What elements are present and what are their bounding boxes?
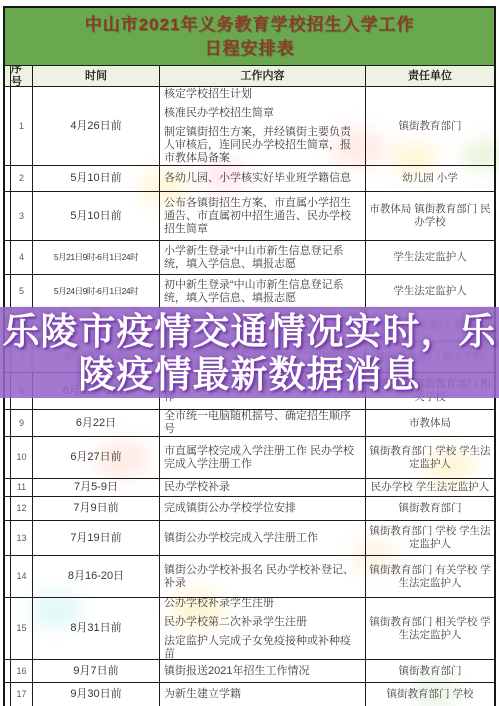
table-row: 96月22日全市统一电脑随机摇号、确定招生顺序号市教体局: [5, 409, 494, 436]
time-cell: 5月10日前: [32, 166, 159, 191]
row-number: 4: [10, 241, 32, 274]
unit-cell: 镇街教育部门 学校 学生法定监护人: [365, 521, 494, 555]
time-cell: 7月5-9日: [32, 479, 159, 496]
content-line: 法定监护人完成子女免疫接种或补种疫苗: [164, 635, 361, 660]
content-cell: 镇街公办学校完成入学注册工作: [159, 521, 365, 555]
content-line: 民办学校补录: [164, 481, 361, 494]
content-line: 公布各民办学校报名情况，组织电脑摇号: [164, 344, 361, 370]
content-line: 制定镇街招生方案，并经镇街主要负责人审核后，连同民办学校招生简章，报市教体局备案: [164, 126, 361, 165]
content-line: 小学新生登录“中山市新生信息登记系统，填入学信息、填报志愿: [164, 245, 361, 271]
content-line: 镇街公办学校补报名 民办学校补登记、补录: [164, 564, 361, 590]
row-number: 5: [10, 275, 32, 308]
time-cell: 6月4日-10日: [32, 309, 159, 341]
content-line: 初中新生登录“中山市新生信息登记系统，填入学信息、填报志愿: [164, 279, 361, 305]
row-number: 15: [10, 598, 32, 659]
time-cell: 8月16-20日: [32, 556, 159, 597]
content-cell: 公办学校补录学生注册民办学校第二次补录学生注册法定监护人完成子女免疫接种或补种疫…: [159, 598, 365, 659]
header-time: 时间: [32, 66, 159, 86]
content-cell: 镇街公办学校补报名 民办学校补登记、补录: [159, 556, 365, 597]
content-cell: 为新生建立学籍: [159, 683, 365, 706]
content-cell: 各幼儿园、小学核实好毕业班学籍信息: [159, 166, 365, 191]
table-row: 35月10日前公布各镇街招生方案、市直属小学招生通告、市直属初中招生通告、民办学…: [5, 191, 494, 240]
unit-cell: 市教体局 镇街教育部门 民办学校: [365, 192, 494, 240]
time-cell: 5月10日前: [32, 192, 159, 240]
time-cell: 7月9日前: [32, 497, 159, 520]
unit-cell: 民办学校 学生法定监护人: [365, 479, 494, 496]
table-row: 169月7日前镇街报送2021年招生工作情况镇街教育部门: [5, 659, 494, 682]
time-cell: 6月22日: [32, 410, 159, 436]
unit-cell: 镇街教育部门 学校: [365, 683, 494, 706]
time-cell: 7月19日前: [32, 521, 159, 555]
time-cell: 6月17日前后: [32, 342, 159, 372]
table-title-line1: 中山市2021年义务教育学校招生入学工作: [5, 13, 494, 37]
content-cell: 小学新生登录“中山市新生信息登记系统，填入学信息、填报志愿: [159, 241, 365, 274]
header-num: 序号: [10, 66, 32, 86]
content-line: 核准民办学校招生简章: [164, 107, 361, 120]
header-content: 工作内容: [159, 66, 365, 86]
time-cell: 4月26日前: [32, 87, 159, 165]
content-cell: 镇街报送2021年招生工作情况: [159, 660, 365, 682]
time-cell: 6月27日前: [32, 437, 159, 478]
content-cell: 公布各镇街招生方案、市直属小学招生通告、市直属初中招生通告、民办学校招生简章: [159, 192, 365, 240]
row-number: 13: [10, 521, 32, 555]
table-row: 25月10日前各幼儿园、小学核实好毕业班学籍信息幼儿园 小学: [5, 165, 494, 191]
time-cell: 6月11日-20日: [32, 373, 159, 409]
content-cell: 公布各民办学校报名情况，组织电脑摇号: [159, 342, 365, 372]
table-row: 55月24日9时-6月1日24时初中新生登录“中山市新生信息登记系统，填入学信息…: [5, 274, 494, 308]
row-number: 9: [10, 410, 32, 436]
content-cell: 民办学校补录: [159, 479, 365, 496]
content-cell: 核定学校招生计划核准民办学校招生简章制定镇街招生方案，并经镇街主要负责人审核后，…: [159, 87, 365, 165]
content-line: 全市统一电脑随机摇号、确定招生顺序号: [164, 410, 361, 436]
unit-cell: 镇街教育部门: [365, 87, 494, 165]
row-number: 12: [10, 497, 32, 520]
content-line: 公办学校补录学生注册: [164, 598, 361, 610]
unit-cell: 市教体局 镇街教育部门 相关学校: [365, 373, 494, 409]
table-row: 137月19日前镇街公办学校完成入学注册工作镇街教育部门 学校 学生法定监护人: [5, 520, 494, 555]
table-row: 158月31日前公办学校补录学生注册民办学校第二次补录学生注册法定监护人完成子女…: [5, 597, 494, 659]
content-line: 审核“中山市新生信息登记系统”中的入学信息: [164, 312, 361, 338]
table-row: 45月21日9时-6月1日24时小学新生登录“中山市新生信息登记系统，填入学信息…: [5, 240, 494, 274]
unit-cell: 镇街教育部门: [365, 497, 494, 520]
table-row: 66月4日-10日审核“中山市新生信息登记系统”中的入学信息镇街教育部门 学校: [5, 308, 494, 341]
table-row: 86月11日-20日法定监护人完成入学材料审核确认等工作市教体局 镇街教育部门 …: [5, 372, 494, 409]
content-line: 公布各镇街招生方案、市直属小学招生通告、市直属初中招生通告、民办学校招生简章: [164, 197, 361, 236]
content-line: 民办学校第二次补录学生注册: [164, 616, 361, 629]
time-cell: 9月7日前: [32, 660, 159, 682]
table-row: 106月27日前市直属学校完成入学注册工作 民办学校完成入学注册工作镇街教育部门…: [5, 436, 494, 478]
time-cell: 5月24日9时-6月1日24时: [32, 275, 159, 308]
table-title: 中山市2021年义务教育学校招生入学工作 日程安排表: [5, 8, 494, 65]
row-number: 1: [10, 87, 32, 165]
time-cell: 8月31日前: [32, 598, 159, 659]
unit-cell: 镇街教育部门 相关学校: [365, 342, 494, 372]
unit-cell: 学生法定监护人: [365, 275, 494, 308]
table-row: 179月30日前为新生建立学籍镇街教育部门 学校: [5, 682, 494, 706]
content-cell: 法定监护人完成入学材料审核确认等工作: [159, 373, 365, 409]
unit-cell: 镇街教育部门: [365, 660, 494, 682]
row-number: 7: [10, 342, 32, 372]
content-line: 各幼儿园、小学核实好毕业班学籍信息: [164, 172, 361, 185]
row-number: 10: [10, 437, 32, 478]
unit-cell: 镇街教育部门 学校: [365, 309, 494, 341]
content-cell: 市直属学校完成入学注册工作 民办学校完成入学注册工作: [159, 437, 365, 478]
schedule-table: 中山市2021年义务教育学校招生入学工作 日程安排表 序号 时间 工作内容 责任…: [3, 6, 496, 706]
unit-cell: 镇街教育部门 有关学校 学生法定监护人: [365, 556, 494, 597]
header-unit: 责任单位: [365, 66, 494, 86]
table-title-line2: 日程安排表: [5, 37, 494, 61]
table-row: 117月5-9日民办学校补录民办学校 学生法定监护人: [5, 478, 494, 496]
time-cell: 9月30日前: [32, 683, 159, 706]
content-cell: 全市统一电脑随机摇号、确定招生顺序号: [159, 410, 365, 436]
row-number: 14: [10, 556, 32, 597]
table-row: 127月9日前完成镇街公办学校学位安排镇街教育部门: [5, 496, 494, 520]
unit-cell: 镇街教育部门 学校 学生法定监护人: [365, 437, 494, 478]
row-number: 2: [10, 166, 32, 191]
table-body: 14月26日前核定学校招生计划核准民办学校招生简章制定镇街招生方案，并经镇街主要…: [5, 86, 494, 706]
row-number: 3: [10, 192, 32, 240]
row-number: 11: [10, 479, 32, 496]
row-number: 16: [10, 660, 32, 682]
document-page: 中山市2021年义务教育学校招生入学工作 日程安排表 序号 时间 工作内容 责任…: [0, 0, 499, 706]
content-line: 核定学校招生计划: [164, 88, 361, 101]
table-row: 76月17日前后公布各民办学校报名情况，组织电脑摇号镇街教育部门 相关学校: [5, 341, 494, 372]
content-line: 镇街报送2021年招生工作情况: [164, 665, 361, 678]
unit-cell: 镇街教育部门 相关学校 学生法定监护人: [365, 598, 494, 659]
content-cell: 完成镇街公办学校学位安排: [159, 497, 365, 520]
content-line: 法定监护人完成入学材料审核确认等工作: [164, 378, 361, 404]
content-line: 为新生建立学籍: [164, 688, 361, 701]
unit-cell: 学生法定监护人: [365, 241, 494, 274]
unit-cell: 幼儿园 小学: [365, 166, 494, 191]
table-header-row: 序号 时间 工作内容 责任单位: [5, 65, 494, 86]
row-number: 17: [10, 683, 32, 706]
content-cell: 审核“中山市新生信息登记系统”中的入学信息: [159, 309, 365, 341]
time-cell: 5月21日9时-6月1日24时: [32, 241, 159, 274]
row-number: 8: [10, 373, 32, 409]
content-cell: 初中新生登录“中山市新生信息登记系统，填入学信息、填报志愿: [159, 275, 365, 308]
row-number: 6: [10, 309, 32, 341]
table-row: 14月26日前核定学校招生计划核准民办学校招生简章制定镇街招生方案，并经镇街主要…: [5, 86, 494, 165]
content-line: 市直属学校完成入学注册工作 民办学校完成入学注册工作: [164, 445, 361, 471]
content-line: 完成镇街公办学校学位安排: [164, 502, 361, 515]
table-row: 148月16-20日镇街公办学校补报名 民办学校补登记、补录镇街教育部门 有关学…: [5, 555, 494, 597]
unit-cell: 市教体局: [365, 410, 494, 436]
content-line: 镇街公办学校完成入学注册工作: [164, 532, 361, 545]
